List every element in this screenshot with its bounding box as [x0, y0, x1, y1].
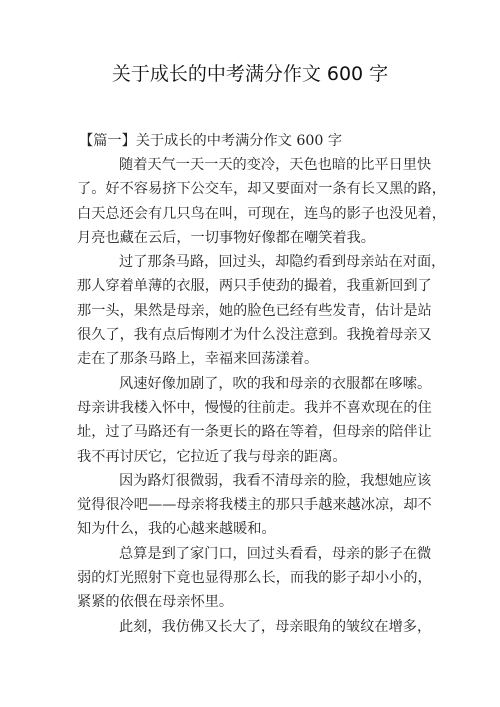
text-line: 此刻，我仿佛又长大了，母亲眼角的皱纹在增多，: [77, 615, 432, 639]
text-line: 了。好不容易挤下公交车，却又要面对一条有长又黑的路，: [77, 177, 432, 201]
text-line: 我不再讨厌它，它拉近了我与母亲的距离。: [77, 445, 432, 469]
text-line: 那人穿着单薄的衣服，两只手使劲的撮着，我重新回到了: [77, 274, 432, 298]
paragraph-1: 随着天气一天一天的变冷，天色也暗的比平日里快 了。好不容易挤下公交车，却又要面对…: [77, 153, 432, 250]
text-line: 白天总还会有几只鸟在叫，可现在，连鸟的影子也没见着，: [77, 202, 432, 226]
text-line: 知为什么，我的心越来越暖和。: [77, 517, 432, 541]
text-line: 紧紧的依偎在母亲怀里。: [77, 590, 432, 614]
paragraph-5: 总算是到了家门口，回过头看看，母亲的影子在微 弱的灯光照射下竟也显得那么长，而我…: [77, 542, 432, 615]
text-line: 总算是到了家门口，回过头看看，母亲的影子在微: [77, 542, 432, 566]
text-line: 觉得很冷吧——母亲将我楼主的那只手越来越冰凉，却不: [77, 493, 432, 517]
paragraph-4: 因为路灯很微弱，我看不清母亲的脸，我想她应该 觉得很冷吧——母亲将我楼主的那只手…: [77, 469, 432, 542]
text-line: 风速好像加剧了，吹的我和母亲的衣服都在哆嗦。: [77, 372, 432, 396]
text-line: 因为路灯很微弱，我看不清母亲的脸，我想她应该: [77, 469, 432, 493]
article-body: 【篇一】关于成长的中考满分作文 600 字 随着天气一天一天的变冷，天色也暗的比…: [77, 129, 432, 639]
section-heading: 【篇一】关于成长的中考满分作文 600 字: [79, 129, 432, 153]
paragraph-2: 过了那条马路，回过头，却隐约看到母亲站在对面， 那人穿着单薄的衣服，两只手使劲的…: [77, 250, 432, 371]
text-line: 那一头，果然是母亲，她的脸色已经有些发青，估计是站: [77, 299, 432, 323]
text-line: 很久了，我有点后悔刚才为什么没注意到。我挽着母亲又: [77, 323, 432, 347]
page-title: 关于成长的中考满分作文 600 字: [0, 62, 500, 86]
text-line: 母亲讲我楼入怀中，慢慢的往前走。我并不喜欢现在的住: [77, 396, 432, 420]
text-line: 弱的灯光照射下竟也显得那么长，而我的影子却小小的，: [77, 566, 432, 590]
paragraph-6: 此刻，我仿佛又长大了，母亲眼角的皱纹在增多，: [77, 615, 432, 639]
text-line: 址，过了马路还有一条更长的路在等着，但母亲的陪伴让: [77, 420, 432, 444]
text-line: 过了那条马路，回过头，却隐约看到母亲站在对面，: [77, 250, 432, 274]
paragraph-3: 风速好像加剧了，吹的我和母亲的衣服都在哆嗦。 母亲讲我楼入怀中，慢慢的往前走。我…: [77, 372, 432, 469]
text-line: 走在了那条马路上，幸福来回荡漾着。: [77, 347, 432, 371]
text-line: 随着天气一天一天的变冷，天色也暗的比平日里快: [77, 153, 432, 177]
text-line: 月亮也藏在云后，一切事物好像都在嘲笑着我。: [77, 226, 432, 250]
